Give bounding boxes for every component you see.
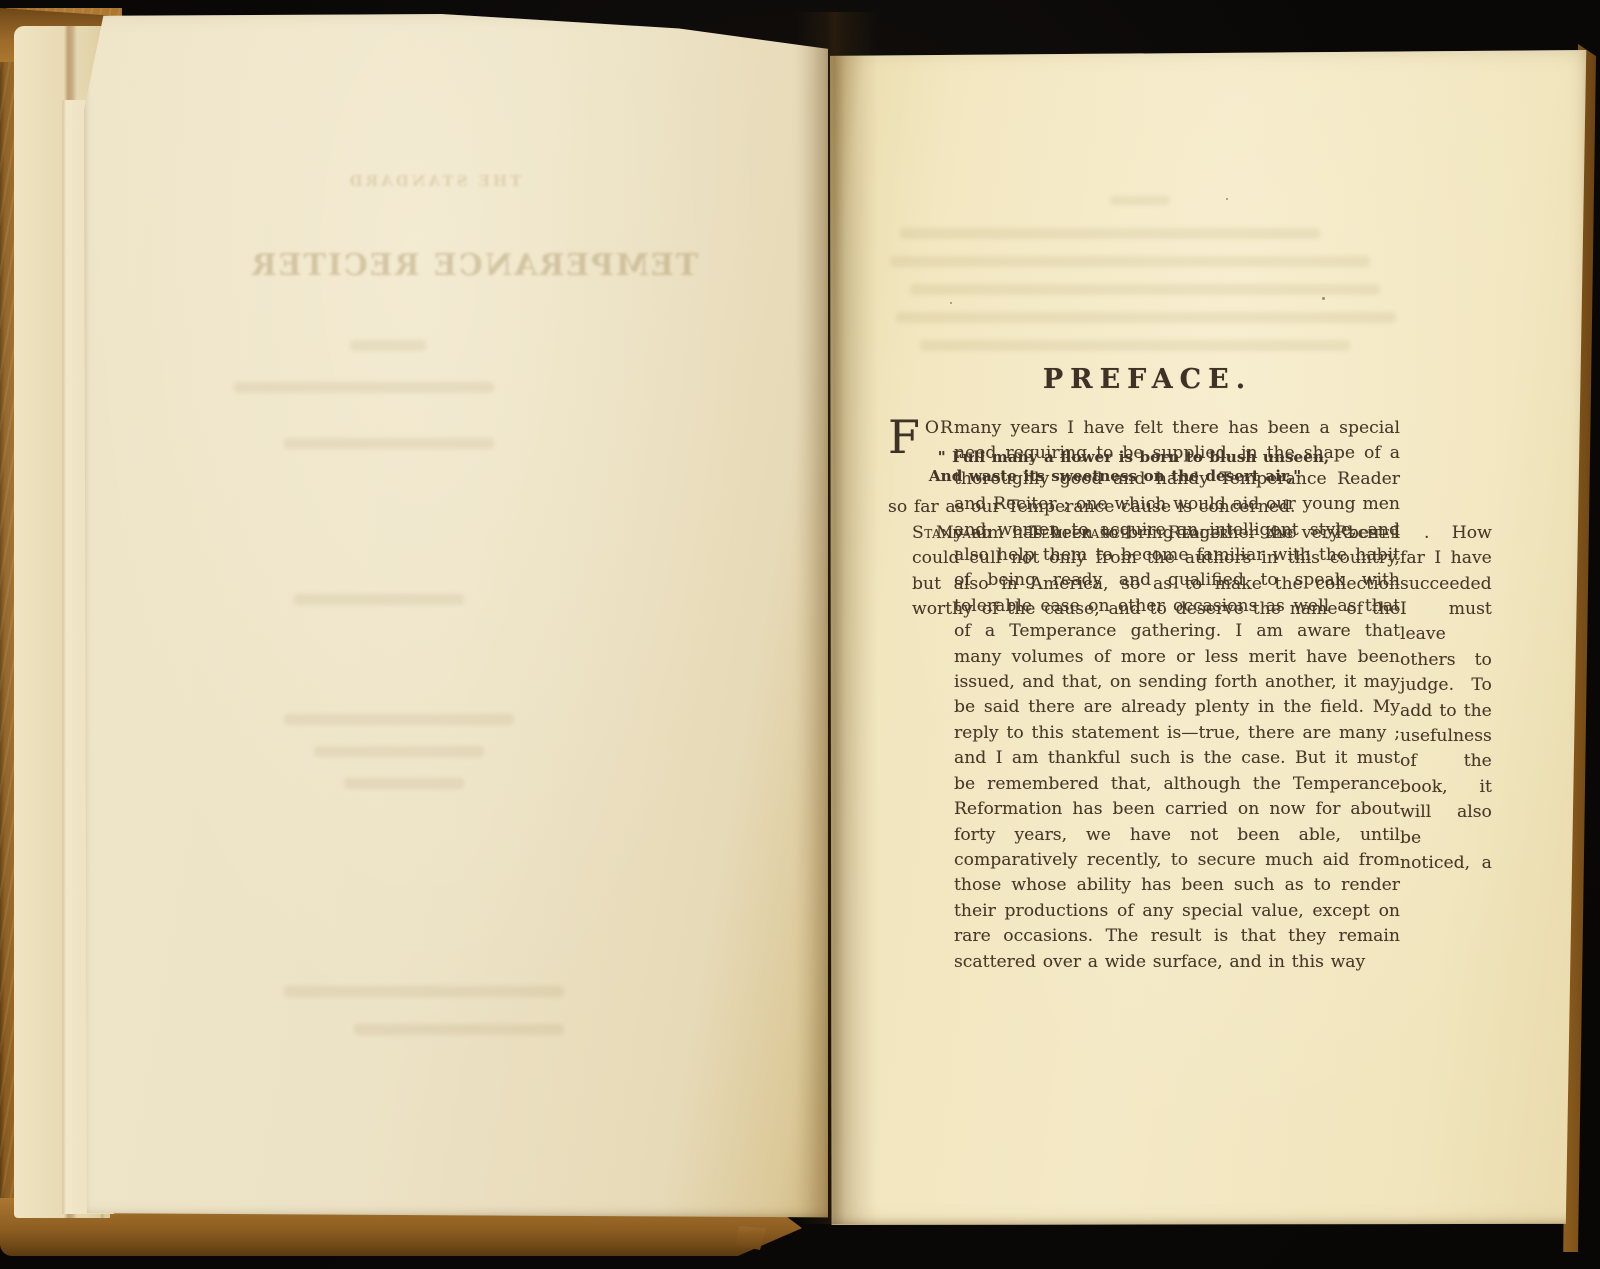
paper-speck [1322, 297, 1325, 300]
show-through-line [896, 312, 1396, 323]
show-through-line [920, 340, 1350, 351]
drop-cap-initial: F [888, 416, 925, 456]
show-through-line [910, 284, 1380, 295]
paper-speck [950, 302, 952, 304]
preface-heading: PREFACE. [888, 364, 1400, 395]
preface-paragraph-3: My aim has been to bring together the ve… [888, 521, 1400, 546]
show-through-line [350, 340, 426, 351]
show-through-line [344, 778, 464, 789]
show-through-line [1110, 196, 1170, 205]
show-through-line [284, 438, 494, 449]
lead-capitals: OR [925, 418, 954, 438]
paper-speck [1226, 198, 1228, 200]
show-through-line [284, 986, 564, 997]
paragraph-3-text-end: . How far I have succeeded I must leave … [1400, 521, 1492, 877]
paragraph-3-text: My aim has been to bring together the ve… [912, 521, 1400, 623]
right-page: PREFACE. FOR many years I have felt ther… [830, 50, 1587, 1225]
preface-text: FOR many years I have felt there has bee… [888, 416, 1400, 546]
show-through-line [284, 714, 514, 725]
show-through-line [234, 382, 494, 393]
left-page: THE STANDARD TEMPERANCE RECITER [84, 14, 828, 1218]
show-through-title-small: THE STANDARD [284, 172, 584, 190]
paragraph-1-text: many years I have felt there has been a … [954, 416, 1400, 975]
show-through-line [890, 256, 1370, 267]
show-through-title-large: TEMPERANCE RECITER [244, 248, 704, 283]
show-through-line [900, 228, 1320, 239]
show-through-line [354, 1024, 564, 1035]
open-book-photo: THE STANDARD TEMPERANCE RECITER PREFACE.… [0, 0, 1600, 1269]
show-through-line [314, 746, 484, 757]
preface-paragraph-1: FOR many years I have felt there has bee… [888, 416, 1400, 441]
show-through-line [294, 594, 464, 605]
